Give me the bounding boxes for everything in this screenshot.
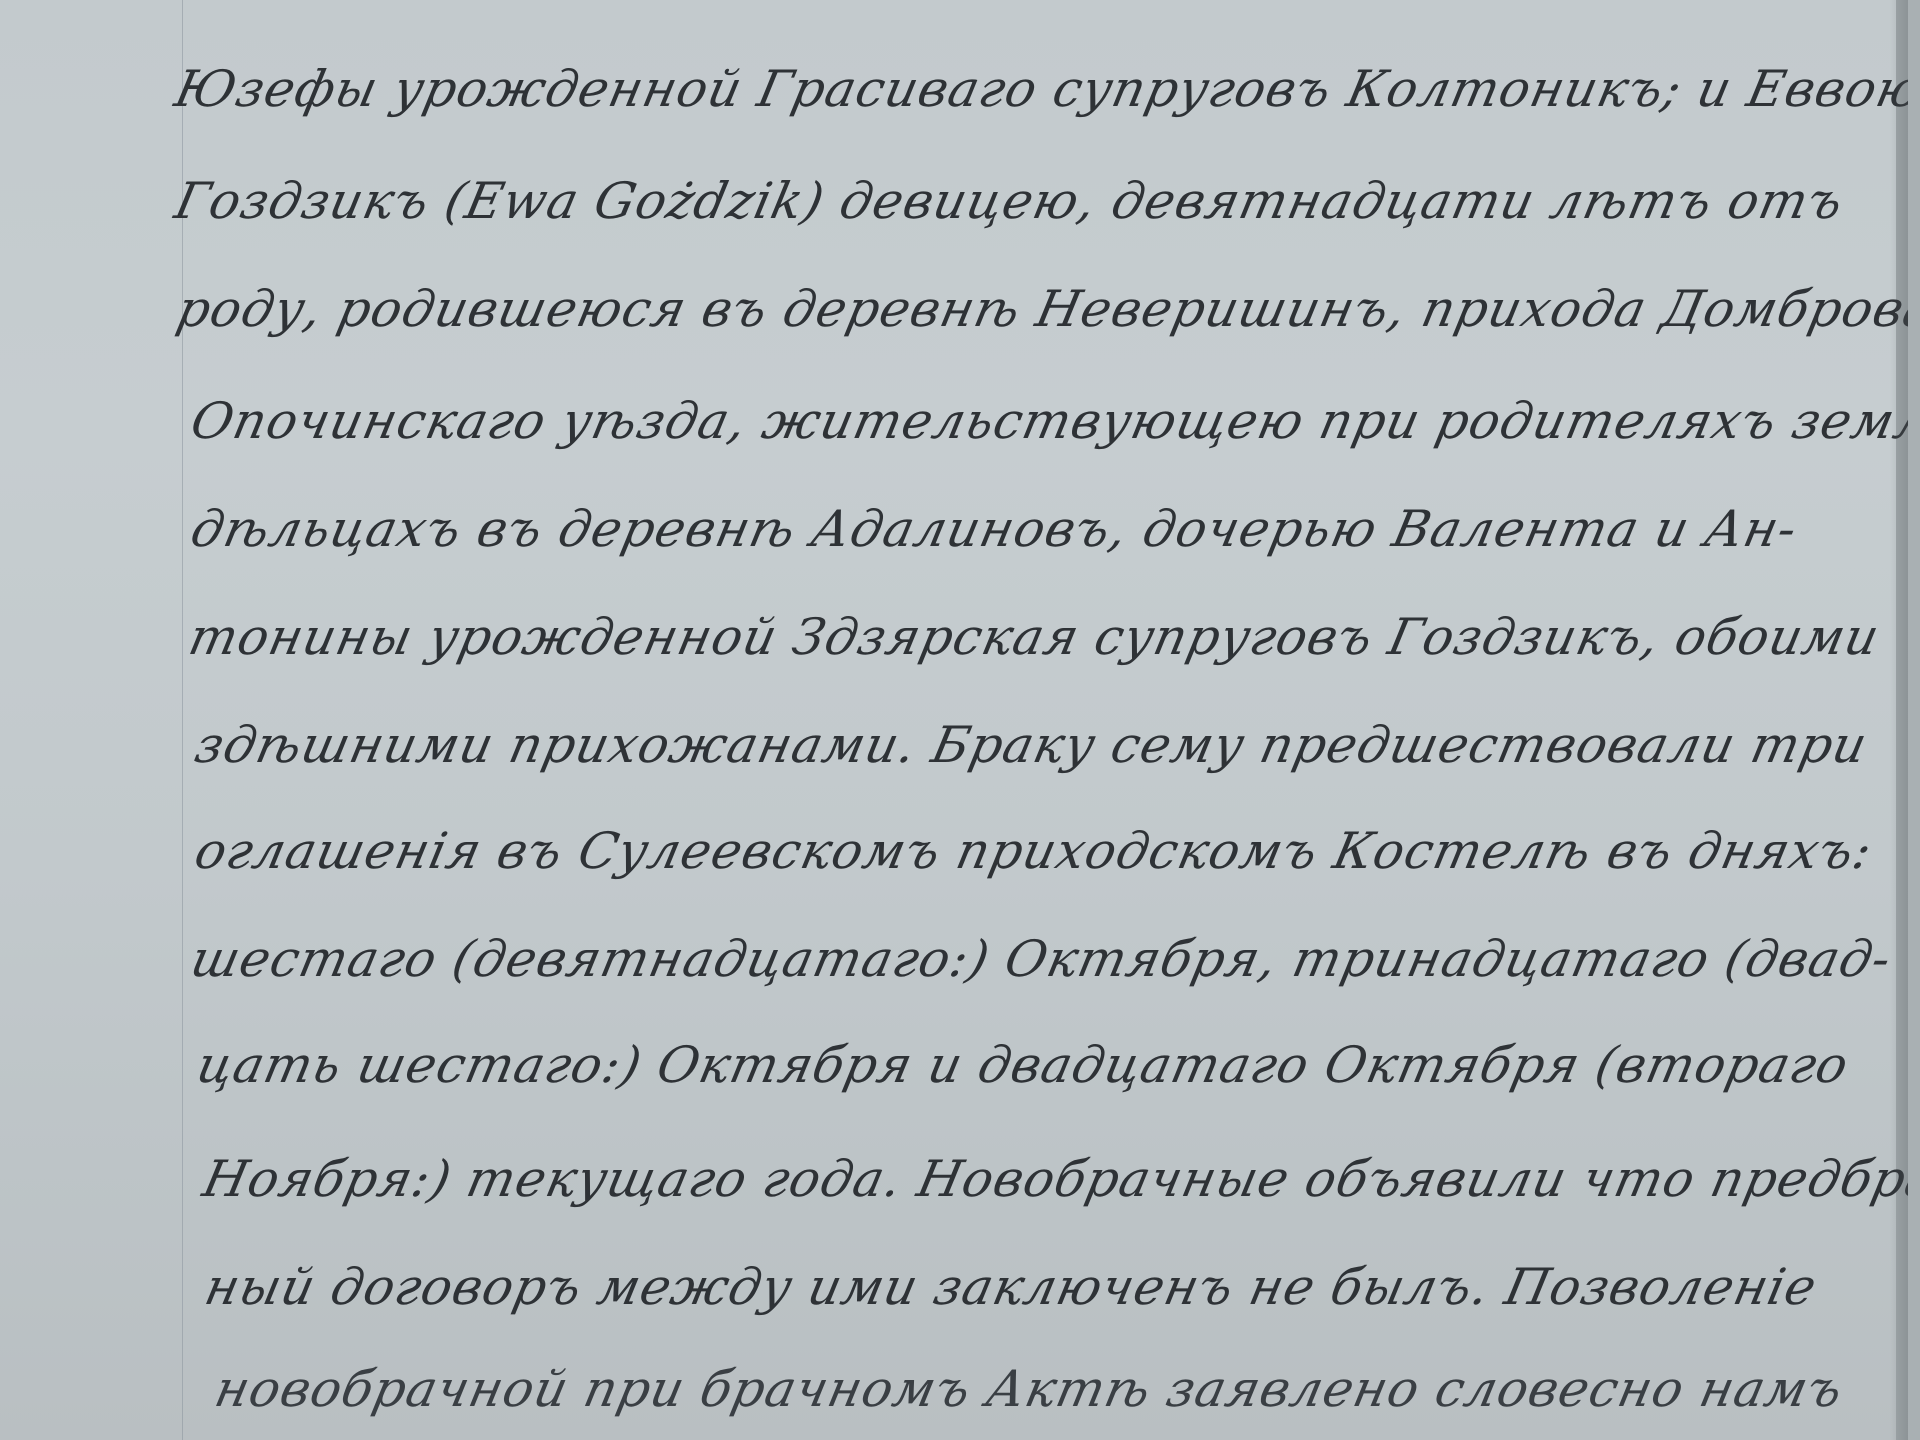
document-page: Юзефы урожденной Грасиваго супруговъ Кол…: [0, 0, 1908, 1440]
text-line-8: оглашенія въ Сулеевскомъ приходскомъ Кос…: [190, 822, 1878, 880]
text-line-7: здѣшними прихожанами. Браку сему предшес…: [190, 716, 1873, 774]
text-line-1: Юзефы урожденной Грасиваго супруговъ Кол…: [170, 60, 1908, 118]
text-line-11: Ноября:) текущаго года. Новобрачные объя…: [198, 1150, 1908, 1208]
text-line-5: дѣльцахъ въ деревнѣ Адалиновъ, дочерью В…: [186, 500, 1803, 558]
text-line-3: роду, родившеюся въ деревнѣ Неверишинъ, …: [172, 280, 1908, 338]
text-line-6: тонины урожденной Здзярская супруговъ Го…: [184, 608, 1885, 666]
text-line-13: новобрачной при брачномъ Актѣ заявлено с…: [210, 1360, 1848, 1418]
text-line-4: Опочинскаго уѣзда, жительствующею при ро…: [186, 392, 1908, 450]
text-line-12: ный договоръ между ими заключенъ не былъ…: [200, 1258, 1822, 1316]
text-line-10: цать шестаго:) Октября и двадцатаго Октя…: [192, 1036, 1854, 1094]
handwritten-record-text: Юзефы урожденной Грасиваго супруговъ Кол…: [150, 0, 1870, 1440]
text-line-2: Гоздзикъ (Ewa Gożdzik) девицею, девятнад…: [170, 172, 1849, 230]
page-edge: [1896, 0, 1908, 1440]
text-line-9: шестаго (девятнадцатаго:) Октября, трина…: [186, 930, 1897, 988]
